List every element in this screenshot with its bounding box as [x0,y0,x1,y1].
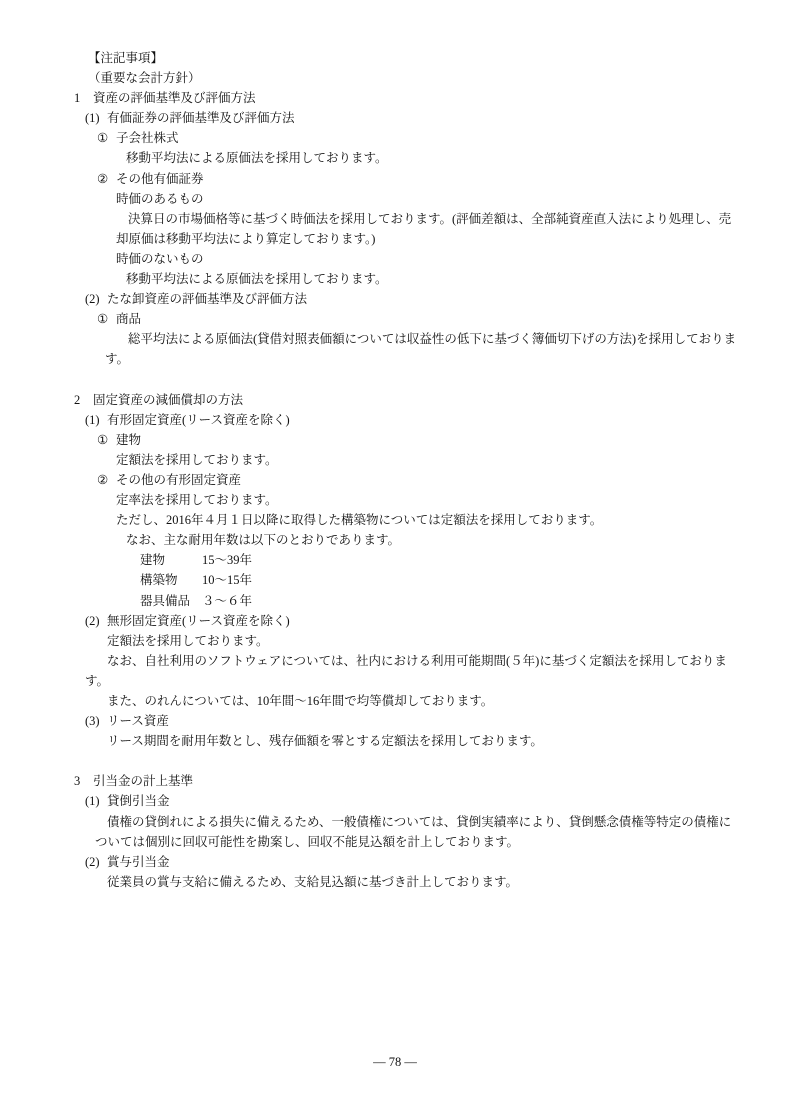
section-2-title: 固定資産の減価償却の方法 [93,393,243,407]
body-line: 定額法を採用しております。 [0,631,790,651]
section-2-number: 2 [74,390,93,410]
section-1-1-label: (1) [85,108,107,128]
section-1-2-label: (2) [85,289,107,309]
spacer [0,751,790,771]
body-line: なお、主な耐用年数は以下のとおりであります。 [0,530,790,550]
section-3-2-label: (2) [85,852,107,872]
body-line: す。 [0,349,790,369]
item-1-1-1-label: ① [97,128,116,148]
useful-life-years: ３～６年 [202,594,252,608]
section-3-1-heading: (1)貸倒引当金 [0,791,790,811]
accounting-policies-heading: （重要な会計方針） [0,68,790,88]
subheading-marketable: 時価のあるもの [0,189,790,209]
useful-life-item: 器具備品 [140,591,202,611]
section-2-2-title: 無形固定資産(リース資産を除く) [107,614,290,628]
section-1-1-heading: (1)有価証券の評価基準及び評価方法 [0,108,790,128]
body-line: 決算日の市場価格等に基づく時価法を採用しております。(評価差額は、全部純資産直入… [0,209,790,229]
section-2-1-label: (1) [85,410,107,430]
section-2-2-heading: (2)無形固定資産(リース資産を除く) [0,611,790,631]
document-body: 【注記事項】 （重要な会計方針） 1資産の評価基準及び評価方法 (1)有価証券の… [0,48,790,892]
body-line: 定額法を採用しております。 [0,450,790,470]
section-1-title: 資産の評価基準及び評価方法 [93,91,256,105]
section-2-3-heading: (3)リース資産 [0,711,790,731]
section-3-heading: 3引当金の計上基準 [0,771,790,791]
useful-life-item: 構築物 [140,570,202,590]
section-3-1-title: 貸倒引当金 [107,794,170,808]
section-3-number: 3 [74,771,93,791]
section-2-1-heading: (1)有形固定資産(リース資産を除く) [0,410,790,430]
body-line: 定率法を採用しております。 [0,490,790,510]
item-2-1-1-title: 建物 [116,433,141,447]
item-1-2-1-title: 商品 [116,312,141,326]
notes-heading: 【注記事項】 [0,48,790,68]
section-1-2-title: たな卸資産の評価基準及び評価方法 [107,292,307,306]
body-line: す。 [0,671,790,691]
item-1-2-1-label: ① [97,309,116,329]
section-2-3-label: (3) [85,711,107,731]
item-1-1-1-title: 子会社株式 [116,131,179,145]
body-line: ついては個別に回収可能性を勘案し、回収不能見込額を計上しております。 [0,832,790,852]
section-1-number: 1 [74,88,93,108]
section-2-heading: 2固定資産の減価償却の方法 [0,390,790,410]
item-1-1-2-heading: ②その他有価証券 [0,169,790,189]
subheading-non-marketable: 時価のないもの [0,249,790,269]
item-2-1-1-label: ① [97,430,116,450]
document-page: 【注記事項】 （重要な会計方針） 1資産の評価基準及び評価方法 (1)有価証券の… [0,0,790,1118]
body-line: ただし、2016年４月１日以降に取得した構築物については定額法を採用しております… [0,510,790,530]
section-3-1-label: (1) [85,791,107,811]
item-2-1-2-label: ② [97,470,116,490]
useful-life-item: 建物 [140,550,202,570]
useful-life-row: 建物15～39年 [0,550,790,570]
item-1-1-2-label: ② [97,169,116,189]
item-2-1-2-heading: ②その他の有形固定資産 [0,470,790,490]
section-3-2-title: 賞与引当金 [107,855,170,869]
section-3-title: 引当金の計上基準 [93,774,193,788]
section-3-2-heading: (2)賞与引当金 [0,852,790,872]
item-1-2-1-heading: ①商品 [0,309,790,329]
section-2-3-title: リース資産 [107,714,169,728]
section-1-2-heading: (2)たな卸資産の評価基準及び評価方法 [0,289,790,309]
body-line: 移動平均法による原価法を採用しております。 [0,269,790,289]
body-line: また、のれんについては、10年間～16年間で均等償却しております。 [0,691,790,711]
item-1-1-2-title: その他有価証券 [116,172,204,186]
item-2-1-2-title: その他の有形固定資産 [116,473,241,487]
body-line: 債権の貸倒れによる損失に備えるため、一般債権については、貸倒実績率により、貸倒懸… [0,812,790,832]
body-line: 移動平均法による原価法を採用しております。 [0,148,790,168]
body-line: 却原価は移動平均法により算定しております。) [0,229,790,249]
useful-life-years: 15～39年 [202,553,252,567]
body-line: 従業員の賞与支給に備えるため、支給見込額に基づき計上しております。 [0,872,790,892]
useful-life-years: 10～15年 [202,573,252,587]
body-line: 総平均法による原価法(貸借対照表価額については収益性の低下に基づく簿価切下げの方… [0,329,790,349]
section-1-1-title: 有価証券の評価基準及び評価方法 [107,111,295,125]
body-line: なお、自社利用のソフトウェアについては、社内における利用可能期間(５年)に基づく… [0,651,790,671]
body-line: リース期間を耐用年数とし、残存価額を零とする定額法を採用しております。 [0,731,790,751]
section-1-heading: 1資産の評価基準及び評価方法 [0,88,790,108]
section-2-1-title: 有形固定資産(リース資産を除く) [107,413,290,427]
useful-life-row: 構築物10～15年 [0,570,790,590]
page-number: ― 78 ― [0,1052,790,1072]
item-1-1-1-heading: ①子会社株式 [0,128,790,148]
item-2-1-1-heading: ①建物 [0,430,790,450]
spacer [0,370,790,390]
section-2-2-label: (2) [85,611,107,631]
useful-life-row: 器具備品３～６年 [0,591,790,611]
